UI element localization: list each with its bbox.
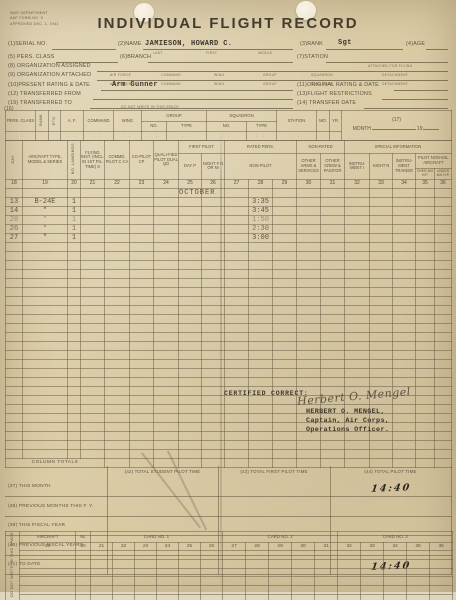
landings-value: 1 <box>68 206 81 215</box>
present-rating-value: Arm Gunner <box>112 81 158 89</box>
group-no-header: NO. <box>142 122 167 132</box>
totals-row: (37) THIS MONTH 14:40 <box>5 478 451 497</box>
blank-line <box>364 108 448 109</box>
col-day-header: DAY <box>6 141 23 180</box>
month-row: OCTOBER <box>6 188 452 197</box>
field-transferred-to-label: (15) TRANSFERRED TO <box>8 100 72 106</box>
special-info-group-header: SPECIAL INFORMATION <box>345 141 452 154</box>
day-value: 26 <box>6 224 23 233</box>
flight-row: 13 B-24E 1 3:35 <box>6 197 452 206</box>
col-number: 28 <box>246 542 269 551</box>
field-transferred-from-label: (12) TRANSFERRED FROM <box>8 91 81 97</box>
day-value: 14 <box>6 206 23 215</box>
field-serial-no-label: (1)SERIAL NO. <box>8 41 47 47</box>
squadron-no-header: NO. <box>207 122 247 132</box>
field-station-label: (7)STATION <box>297 54 328 60</box>
empty-flight-row <box>6 377 452 386</box>
flight-row: 14 " 1 3:45 <box>6 206 452 215</box>
previous-months-pilot-time <box>330 497 451 516</box>
empty-flight-row <box>6 305 452 314</box>
col-pers-class-header: PERS. CLASS <box>6 111 36 132</box>
col-number: 24 <box>157 542 179 551</box>
org-sub-squadron: SQUADRON <box>311 73 333 77</box>
col-number: 35 <box>407 542 430 551</box>
org-sub-wing: WING <box>214 82 224 86</box>
field-17-number: (17) <box>392 117 401 123</box>
non-pilot-time-value: 1:50 <box>249 215 273 224</box>
fp-day-header: DAY P <box>179 154 202 180</box>
form-title: INDIVIDUAL FLIGHT RECORD <box>0 15 456 32</box>
certifying-officer-title: Captain, Air Corps, <box>306 417 389 425</box>
col-number: 21 <box>81 179 105 188</box>
col-yr-header: YR. <box>330 111 342 132</box>
field-org-assigned-label: (8) ORGANIZATION ASSIGNED <box>8 63 91 69</box>
empty-flight-row <box>6 368 452 377</box>
col-number: 20 <box>68 179 81 188</box>
blank-line <box>143 49 293 50</box>
col-station-header: STATION <box>277 111 317 132</box>
col-landings-header: NO. LANDINGS <box>68 141 81 180</box>
empty-flight-row <box>6 296 452 305</box>
col-number: 19 <box>20 542 76 551</box>
col-rank-header: RANK <box>36 111 49 132</box>
pilot-non-mil-header: PILOT NON-MIL. AIRCRAFT <box>416 154 452 169</box>
org-sub-command: COMMAND <box>161 73 181 77</box>
card-no-2-header: CARD NO. 2 <box>223 532 338 543</box>
non-pilot-time-value: 3:35 <box>249 197 273 206</box>
total-pilot-time-header: (44) TOTAL PILOT TIME <box>330 466 451 478</box>
fp-night-header: NIGHT F N OR NI <box>202 154 225 180</box>
empty-flight-row <box>6 251 452 260</box>
field-original-rating-label: (11)ORIGINAL RATING & DATE <box>297 82 379 88</box>
empty-flight-row <box>6 332 452 341</box>
name-sub-first: FIRST <box>206 51 217 55</box>
col-number: 31 <box>315 542 338 551</box>
org-sub-wing: WING <box>214 73 224 77</box>
field-flight-restrictions-label: (13)FLIGHT RESTRICTIONS <box>297 91 372 97</box>
non-pilot-time-value: 3:45 <box>249 206 273 215</box>
previous-months-label: (38) PREVIOUS MONTHS THIS F. Y. <box>5 497 107 516</box>
org-sub-air-force: AIR FORCE <box>110 73 131 77</box>
col-number: 30 <box>297 179 321 188</box>
col-number: 23 <box>135 542 157 551</box>
org-sub-group: GROUP <box>263 73 277 77</box>
under-400-header: UNDER 400 H.P. <box>435 169 452 180</box>
blank-line <box>148 62 293 63</box>
landings-value: 1 <box>68 197 81 206</box>
name-sub-middle: MIDDLE <box>258 51 273 55</box>
empty-flight-row <box>6 341 452 350</box>
empty-flight-row <box>6 287 452 296</box>
first-pilot-group-header: FIRST PILOT <box>179 141 225 154</box>
landings-value: 1 <box>68 224 81 233</box>
col-number: 25 <box>179 179 202 188</box>
field-pers-class-label: (5) PERS. CLASS <box>8 54 54 60</box>
do-not-write-label: DO NOT WRITE IN THIS SPACE <box>90 105 210 109</box>
non-pilot-time-value: 2:30 <box>249 224 273 233</box>
do-not-write-side-label: DO NOT WRITE IN THIS SPACE <box>6 532 20 600</box>
year-prefix: 19 <box>417 126 423 132</box>
totals-row: (38) PREVIOUS MONTHS THIS F. Y. <box>5 497 451 516</box>
instrument-header: INSTRU-MENT I <box>345 154 370 180</box>
org-sub-detachment: DETACHMENT <box>382 73 408 77</box>
empty-flight-row <box>6 314 452 323</box>
day-value: 13 <box>6 197 23 206</box>
col-number: 29 <box>273 179 297 188</box>
empty-flight-row <box>6 278 452 287</box>
col-number: 33 <box>370 179 393 188</box>
empty-flight-row <box>6 440 452 449</box>
empty-flight-row <box>6 269 452 278</box>
squadron-type-header: TYPE <box>247 122 277 132</box>
this-month-label: (37) THIS MONTH <box>5 478 107 497</box>
col-number: 35 <box>416 179 435 188</box>
col-number: 27 <box>223 542 246 551</box>
blank-line <box>426 49 448 50</box>
col-number: 25 <box>179 542 201 551</box>
over-400-header: OVER 400 H.P. <box>416 169 435 180</box>
attached-for-flying-label: ATTACHED FOR FLYING <box>368 64 413 68</box>
other-arms-header: OTHER ARMS & SERVICES <box>297 154 321 180</box>
col-number: 21 <box>91 542 113 551</box>
name-sub-last: LAST <box>153 51 163 55</box>
col-number: 33 <box>361 542 384 551</box>
col-number: 36 <box>435 179 452 188</box>
col-group-header: GROUP <box>142 111 207 122</box>
night-header: NIGHT N <box>370 154 393 180</box>
total-first-pilot-time-header: (43) TOTAL FIRST PILOT TIME <box>218 466 330 478</box>
empty-card-row <box>6 577 453 586</box>
blank-line <box>101 90 293 91</box>
col-co-pilot-header: CO-PILOT CP <box>130 141 154 180</box>
col-number: 20 <box>76 542 91 551</box>
empty-flight-row <box>6 260 452 269</box>
card-nl-header: NL <box>76 532 91 543</box>
header-fields: (1)SERIAL NO. (2)NAME JAMIESON, HOWARD C… <box>0 38 456 110</box>
card-aircraft-header: AIRCRAFT <box>20 532 76 543</box>
card-no-1-header: CARD NO. 1 <box>91 532 223 543</box>
field-present-rating-label: (10)PRESENT RATING & DATE <box>8 82 90 88</box>
empty-flight-row <box>6 449 452 458</box>
non-pilot-time-value: 3:00 <box>249 233 273 242</box>
col-number: 34 <box>384 542 407 551</box>
field-org-attached-label: (9) ORGANIZATION ATTACHED <box>8 72 91 78</box>
col-command-header: COMMAND <box>84 111 114 132</box>
card-no-3-header: CARD NO. 3 <box>338 532 453 543</box>
col-number: 19 <box>23 179 68 188</box>
rated-pers-group-header: RATED PERS. <box>225 141 297 154</box>
col-number: 22 <box>113 542 135 551</box>
flight-row: 27 " 1 3:00 <box>6 233 452 242</box>
blank-line <box>394 90 448 91</box>
col-number: 29 <box>269 542 292 551</box>
empty-card-row <box>6 551 453 560</box>
empty-flight-row <box>6 350 452 359</box>
punch-card-table: DO NOT WRITE IN THIS SPACE AIRCRAFT NL C… <box>5 531 453 600</box>
col-qualified-header: QUALI-FIED PILOT DUAL QD <box>154 141 179 180</box>
col-number: 32 <box>338 542 361 551</box>
col-flying-inst-header: FLYING INST. (INCL. IN 1ST PIL. TIME) S <box>81 141 105 180</box>
org-sub-command: COMMAND <box>161 82 181 86</box>
col-number: 23 <box>130 179 154 188</box>
landings-value: 1 <box>68 233 81 242</box>
instr-trainer-header: INSTRU-MENT TRAINER <box>393 154 416 180</box>
field-transfer-date-label: (14) TRANSFER DATE <box>297 100 356 106</box>
col-number: 32 <box>345 179 370 188</box>
empty-flight-row <box>6 242 452 251</box>
certifying-officer-name: HERBERT O. MENGEL, <box>306 408 385 416</box>
col-squadron-header: SQUADRON <box>207 111 277 122</box>
rank-value: Sgt <box>338 39 352 47</box>
empty-card-row <box>6 594 453 600</box>
col-af-header: A. F. <box>61 111 84 132</box>
col-wing-header: WING <box>114 111 142 132</box>
col-number: 26 <box>201 542 223 551</box>
field-branch-label: (6)BRANCH <box>120 54 151 60</box>
flight-row: 20 " 1 1:50 <box>6 215 452 224</box>
empty-card-row <box>6 568 453 577</box>
aircraft-value: " <box>23 233 68 242</box>
this-month-pilot-time: 14:40 <box>330 478 451 497</box>
aircraft-value: " <box>23 215 68 224</box>
col-number: 24 <box>154 179 179 188</box>
blank-line <box>326 49 403 50</box>
month-label: MONTH <box>353 126 371 132</box>
col-number: 28 <box>249 179 273 188</box>
total-student-pilot-time-header: (42) TOTAL STUDENT PILOT TIME <box>107 466 218 478</box>
empty-card-row <box>6 586 453 595</box>
col-number: 22 <box>105 179 130 188</box>
col-number: 30 <box>292 542 315 551</box>
col-number: 31 <box>321 179 345 188</box>
certifying-officer-role: Operations Officer. <box>306 426 389 434</box>
month-header-value: OCTOBER <box>179 188 202 197</box>
name-value: JAMIESON, HOWARD C. <box>145 40 232 48</box>
flight-row: 26 " 1 2:30 <box>6 224 452 233</box>
col-number: 27 <box>225 179 249 188</box>
blank-line <box>423 124 439 130</box>
blank-line <box>372 124 416 130</box>
col-mo-header: MO. <box>317 111 330 132</box>
empty-flight-row <box>6 359 452 368</box>
col-number: 34 <box>393 179 416 188</box>
day-value: 20 <box>6 215 23 224</box>
col-number: 26 <box>202 179 225 188</box>
empty-flight-row <box>6 323 452 332</box>
individual-flight-record-form: WAR DEPARTMENT AAF FORM NO. 5 APPROVED D… <box>0 0 456 600</box>
other-crew-header: OTHER CREW & PASS'GR <box>321 154 345 180</box>
aircraft-value: " <box>23 224 68 233</box>
col-aircraft-header: AIRCRAFT TYPE, MODEL & SERIES <box>23 141 68 180</box>
col-commd-pilot-header: COMMD. PILOT C CA <box>105 141 130 180</box>
org-sub-group: GROUP <box>263 82 277 86</box>
blank-line <box>382 99 448 100</box>
non-pilot-header: NON-PILOT <box>225 154 297 180</box>
landings-value: 1 <box>68 215 81 224</box>
non-rated-group-header: NON-RATED <box>297 141 345 154</box>
month-field: (17) MONTH19 <box>342 111 452 141</box>
col-number: 18 <box>6 179 23 188</box>
field-rank-label: (3)RANK <box>300 41 323 47</box>
field-age-label: (4)AGE <box>406 41 425 47</box>
blank-line <box>93 99 293 100</box>
group-type-header: TYPE <box>167 122 207 132</box>
field-name-label: (2)NAME <box>118 41 142 47</box>
empty-card-row <box>6 560 453 569</box>
aircraft-value: B-24E <box>23 197 68 206</box>
col-rtg-header: RTG. <box>49 111 61 132</box>
org-sub-detachment: DETACHMENT <box>382 82 408 86</box>
org-identification-table: PERS. CLASS RANK RTG. A. F. COMMAND WING… <box>5 110 452 141</box>
col-number: 36 <box>430 542 453 551</box>
blank-line <box>52 49 116 50</box>
day-value: 27 <box>6 233 23 242</box>
aircraft-value: " <box>23 206 68 215</box>
